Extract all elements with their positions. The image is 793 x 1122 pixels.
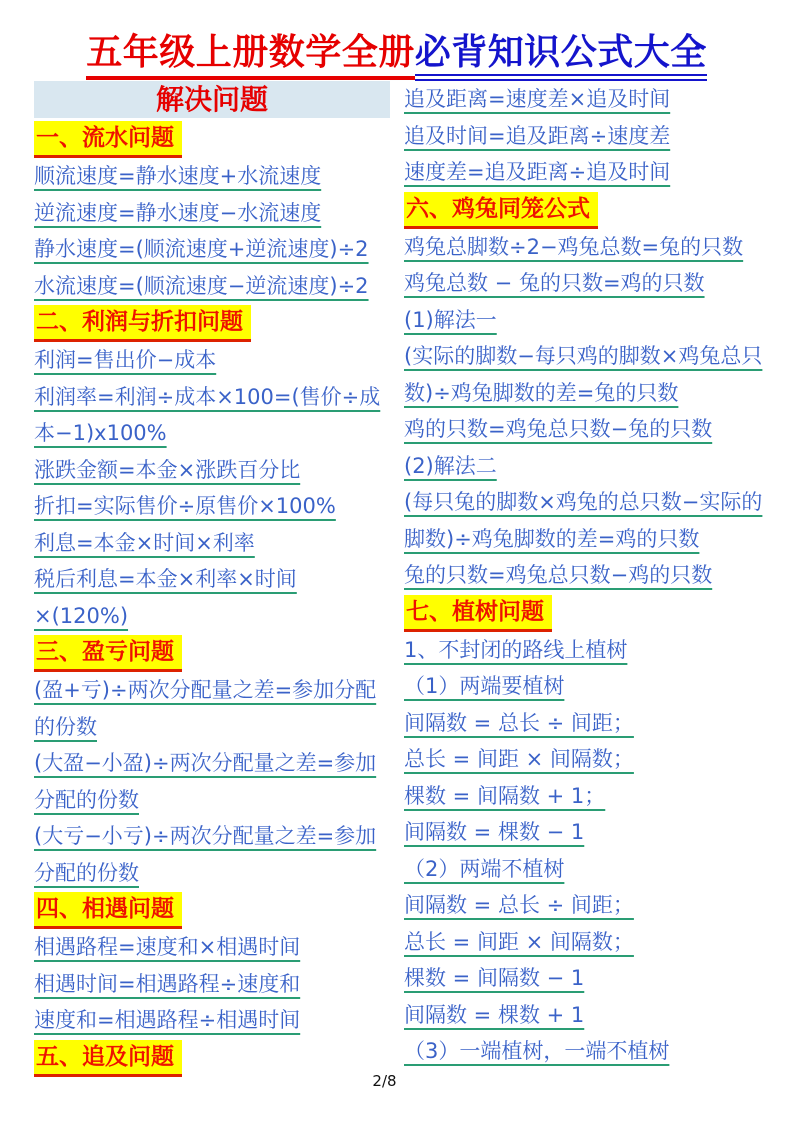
section-heading-label: 一、流水问题 bbox=[34, 121, 182, 158]
formula-text: (2)解法二 bbox=[404, 454, 497, 478]
formula-line: 棵数 = 间隔数 + 1； bbox=[404, 778, 766, 815]
section-heading: 三、盈亏问题 bbox=[34, 634, 390, 672]
formula-text: 总长 = 间距 × 间隔数； bbox=[404, 747, 634, 771]
formula-line: 1、不封闭的路线上植树 bbox=[404, 632, 766, 669]
formula-text: 鸡的只数=鸡兔总只数−兔的只数 bbox=[404, 417, 712, 441]
formula-text: 鸡兔总数 − 兔的只数=鸡的只数 bbox=[404, 271, 705, 295]
column-header-band: 解决问题 bbox=[34, 81, 390, 118]
formula-line: 相遇路程=速度和×相遇时间 bbox=[34, 929, 390, 966]
formula-text: （1）两端要植树 bbox=[404, 674, 564, 698]
formula-text: 1、不封闭的路线上植树 bbox=[404, 638, 627, 662]
formula-text: 追及距离=速度差×追及时间 bbox=[404, 87, 670, 111]
page-title: 五年级上册数学全册必背知识公式大全 bbox=[0, 0, 793, 75]
formula-line: 税后利息=本金×利率×时间×(120%) bbox=[34, 561, 390, 634]
formula-text: (大盈−小盈)÷两次分配量之差=参加分配的份数 bbox=[34, 751, 376, 812]
formula-line: 鸡兔总数 − 兔的只数=鸡的只数 bbox=[404, 265, 766, 302]
formula-line: （2）两端不植树 bbox=[404, 851, 766, 888]
section-heading-label: 六、鸡兔同笼公式 bbox=[404, 192, 598, 229]
formula-line: (2)解法二 bbox=[404, 448, 766, 485]
formula-line: 间隔数 = 棵数 + 1 bbox=[404, 997, 766, 1034]
formula-text: 静水速度=(顺流速度+逆流速度)÷2 bbox=[34, 237, 369, 261]
formula-line: （1）两端要植树 bbox=[404, 668, 766, 705]
section-heading: 一、流水问题 bbox=[34, 120, 390, 158]
section-heading-label: 五、追及问题 bbox=[34, 1040, 182, 1077]
formula-text: (1)解法一 bbox=[404, 308, 497, 332]
title-red-part: 五年级上册数学全册 bbox=[86, 32, 415, 80]
section-heading-label: 二、利润与折扣问题 bbox=[34, 305, 251, 342]
formula-line: (1)解法一 bbox=[404, 302, 766, 339]
formula-line: 利润=售出价−成本 bbox=[34, 342, 390, 379]
formula-text: 间隔数 = 总长 ÷ 间距； bbox=[404, 711, 634, 735]
formula-text: 兔的只数=鸡兔总只数−鸡的只数 bbox=[404, 563, 712, 587]
formula-line: (大盈−小盈)÷两次分配量之差=参加分配的份数 bbox=[34, 745, 390, 818]
formula-text: 水流速度=(顺流速度−逆流速度)÷2 bbox=[34, 274, 369, 298]
formula-text: 追及时间=追及距离÷速度差 bbox=[404, 124, 670, 148]
section-heading-label: 三、盈亏问题 bbox=[34, 635, 182, 672]
formula-text: (每只兔的脚数×鸡兔的总只数−实际的脚数)÷鸡兔脚数的差=鸡的只数 bbox=[404, 490, 762, 551]
formula-line: 间隔数 = 棵数 − 1 bbox=[404, 814, 766, 851]
section-heading: 六、鸡兔同笼公式 bbox=[404, 191, 766, 229]
formula-line: 追及距离=速度差×追及时间 bbox=[404, 81, 766, 118]
formula-line: 间隔数 = 总长 ÷ 间距； bbox=[404, 705, 766, 742]
left-column: 解决问题 一、流水问题 顺流速度=静水速度+水流速度 逆流速度=静水速度−水流速… bbox=[34, 81, 390, 1077]
formula-text: (实际的脚数−每只鸡的脚数×鸡兔总只数)÷鸡兔脚数的差=兔的只数 bbox=[404, 344, 762, 405]
formula-line: 折扣=实际售价÷原售价×100% bbox=[34, 488, 390, 525]
formula-line: 速度和=相遇路程÷相遇时间 bbox=[34, 1002, 390, 1039]
section-heading-label: 七、植树问题 bbox=[404, 595, 552, 632]
formula-line: 涨跌金额=本金×涨跌百分比 bbox=[34, 452, 390, 489]
formula-line: 棵数 = 间隔数 − 1 bbox=[404, 960, 766, 997]
formula-line: 顺流速度=静水速度+水流速度 bbox=[34, 158, 390, 195]
document-page: 五年级上册数学全册必背知识公式大全 解决问题 一、流水问题 顺流速度=静水速度+… bbox=[0, 0, 793, 1122]
formula-text: （3）一端植树，一端不植树 bbox=[404, 1039, 669, 1063]
formula-line: (盈+亏)÷两次分配量之差=参加分配的份数 bbox=[34, 672, 390, 745]
right-column: 追及距离=速度差×追及时间 追及时间=追及距离÷速度差 速度差=追及距离÷追及时… bbox=[404, 81, 766, 1070]
two-column-layout: 解决问题 一、流水问题 顺流速度=静水速度+水流速度 逆流速度=静水速度−水流速… bbox=[0, 75, 793, 1077]
formula-text: 折扣=实际售价÷原售价×100% bbox=[34, 494, 336, 518]
formula-text: 相遇时间=相遇路程÷速度和 bbox=[34, 972, 300, 996]
formula-line: （3）一端植树，一端不植树 bbox=[404, 1033, 766, 1070]
section-heading: 四、相遇问题 bbox=[34, 891, 390, 929]
formula-line: 水流速度=(顺流速度−逆流速度)÷2 bbox=[34, 268, 390, 305]
section-heading: 五、追及问题 bbox=[34, 1039, 390, 1077]
formula-text: 税后利息=本金×利率×时间×(120%) bbox=[34, 567, 297, 628]
formula-line: (实际的脚数−每只鸡的脚数×鸡兔总只数)÷鸡兔脚数的差=兔的只数 bbox=[404, 338, 766, 411]
formula-text: 棵数 = 间隔数 + 1； bbox=[404, 784, 605, 808]
formula-text: 相遇路程=速度和×相遇时间 bbox=[34, 935, 300, 959]
formula-text: 鸡兔总脚数÷2−鸡兔总数=兔的只数 bbox=[404, 235, 743, 259]
title-blue-part: 必背知识公式大全 bbox=[415, 32, 707, 81]
formula-text: 利润率=利润÷成本×100=(售价÷成本−1)x100% bbox=[34, 385, 380, 446]
formula-line: (每只兔的脚数×鸡兔的总只数−实际的脚数)÷鸡兔脚数的差=鸡的只数 bbox=[404, 484, 766, 557]
formula-line: 间隔数 = 总长 ÷ 间距； bbox=[404, 887, 766, 924]
formula-text: （2）两端不植树 bbox=[404, 857, 564, 881]
formula-text: 总长 = 间距 × 间隔数； bbox=[404, 930, 634, 954]
formula-text: (盈+亏)÷两次分配量之差=参加分配的份数 bbox=[34, 678, 376, 739]
formula-line: 鸡的只数=鸡兔总只数−兔的只数 bbox=[404, 411, 766, 448]
formula-line: 追及时间=追及距离÷速度差 bbox=[404, 118, 766, 155]
section-heading-label: 四、相遇问题 bbox=[34, 892, 182, 929]
formula-text: 间隔数 = 棵数 + 1 bbox=[404, 1003, 584, 1027]
formula-line: 相遇时间=相遇路程÷速度和 bbox=[34, 966, 390, 1003]
formula-line: 总长 = 间距 × 间隔数； bbox=[404, 924, 766, 961]
formula-text: 棵数 = 间隔数 − 1 bbox=[404, 966, 584, 990]
formula-line: 鸡兔总脚数÷2−鸡兔总数=兔的只数 bbox=[404, 229, 766, 266]
formula-line: 总长 = 间距 × 间隔数； bbox=[404, 741, 766, 778]
section-heading: 七、植树问题 bbox=[404, 594, 766, 632]
page-number: 2/8 bbox=[0, 1072, 769, 1090]
section-heading: 二、利润与折扣问题 bbox=[34, 304, 390, 342]
formula-text: 涨跌金额=本金×涨跌百分比 bbox=[34, 458, 300, 482]
formula-text: 利润=售出价−成本 bbox=[34, 348, 216, 372]
formula-text: (大亏−小亏)÷两次分配量之差=参加分配的份数 bbox=[34, 824, 376, 885]
formula-line: 利息=本金×时间×利率 bbox=[34, 525, 390, 562]
formula-text: 逆流速度=静水速度−水流速度 bbox=[34, 201, 321, 225]
formula-text: 利息=本金×时间×利率 bbox=[34, 531, 255, 555]
formula-text: 间隔数 = 棵数 − 1 bbox=[404, 820, 584, 844]
formula-text: 顺流速度=静水速度+水流速度 bbox=[34, 164, 321, 188]
formula-text: 速度差=追及距离÷追及时间 bbox=[404, 160, 670, 184]
formula-line: 静水速度=(顺流速度+逆流速度)÷2 bbox=[34, 231, 390, 268]
formula-line: 逆流速度=静水速度−水流速度 bbox=[34, 195, 390, 232]
formula-line: 利润率=利润÷成本×100=(售价÷成本−1)x100% bbox=[34, 379, 390, 452]
formula-line: 速度差=追及距离÷追及时间 bbox=[404, 154, 766, 191]
formula-line: 兔的只数=鸡兔总只数−鸡的只数 bbox=[404, 557, 766, 594]
formula-line: (大亏−小亏)÷两次分配量之差=参加分配的份数 bbox=[34, 818, 390, 891]
formula-text: 速度和=相遇路程÷相遇时间 bbox=[34, 1008, 300, 1032]
formula-text: 间隔数 = 总长 ÷ 间距； bbox=[404, 893, 634, 917]
